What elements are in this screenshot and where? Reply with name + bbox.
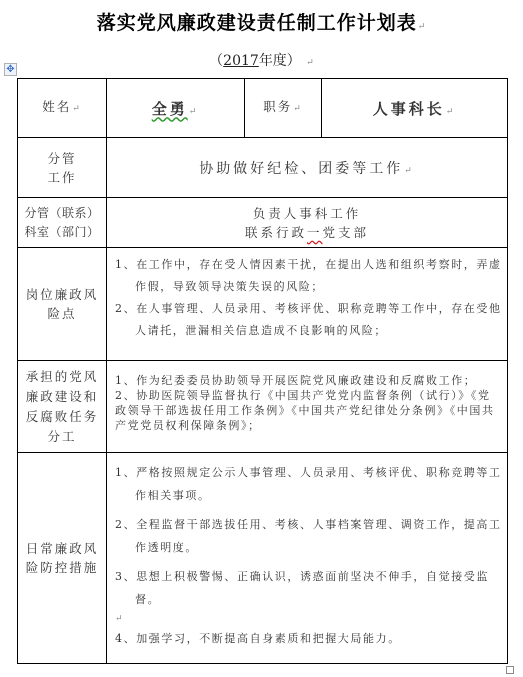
dept-value-line2: 联系行政一党支部 [107, 223, 507, 242]
dept-label-line1: 分管（联系） [18, 204, 106, 223]
tasks-items-cell[interactable]: 1、作为纪委委员协助领导开展医院党风廉政建设和反腐败工作； 2、协助医院领导监督… [107, 361, 508, 453]
dept-value-cell[interactable]: 负责人事科工作联系行政一党支部 [107, 198, 508, 248]
paragraph-mark-icon: ↵ [115, 611, 503, 627]
paragraph-mark-icon: ↵ [446, 107, 457, 117]
name-label: 姓名 [42, 99, 71, 114]
work-value-cell[interactable]: 协助做好纪检、团委等工作↵ [107, 138, 508, 198]
dept-value-part: 联系行政 [245, 225, 307, 240]
document-title: 落实党风廉政建设责任制工作计划表↵ [0, 8, 523, 35]
paragraph-mark-icon: ↵ [293, 104, 303, 114]
paragraph-mark-icon: ↵ [189, 107, 200, 117]
document-subtitle: （2017年度） ↵ [0, 50, 523, 70]
measure-item: 1、严格按照规定公示人事管理、人员录用、考核评优、职称竞聘等工作相关事项。 [115, 461, 503, 507]
responsibility-table: 姓名↵ 全勇↵ 职务↵ 人事科长↵ 分管工作 协助做好纪检、团委等工作↵ 分管（… [17, 78, 508, 664]
work-label-line1: 分管 [18, 149, 106, 168]
dept-value-part: 党支部 [323, 225, 370, 240]
position-value: 人事科长 [373, 100, 445, 118]
measure-item: 4、加强学习，不断提高自身素质和把握大局能力。 [115, 627, 503, 650]
work-value: 协助做好纪检、团委等工作 [199, 161, 403, 177]
name-label-cell[interactable]: 姓名↵ [18, 79, 107, 138]
table-row-risk: 岗位廉政风险点 1、在工作中，存在受人情因素干扰，在提出人选和组织考察时，弄虚作… [18, 248, 508, 361]
paragraph-mark-icon: ↵ [72, 104, 82, 114]
paragraph-mark-icon: ↵ [418, 22, 427, 32]
subtitle-suffix: 年度） [259, 53, 301, 69]
subtitle-prefix: （ [209, 53, 223, 69]
table-row-dept: 分管（联系）科室（部门） 负责人事科工作联系行政一党支部 [18, 198, 508, 248]
tasks-label-cell[interactable]: 承担的党风廉政建设和反腐败任务分工 [18, 361, 107, 453]
dept-value-part: 一 [307, 225, 323, 240]
measures-label-cell[interactable]: 日常廉政风险防控措施 [18, 453, 107, 664]
tasks-label: 承担的党风廉政建设和反腐败任务分工 [26, 369, 99, 444]
position-label: 职务 [263, 99, 292, 114]
table-row-name: 姓名↵ 全勇↵ 职务↵ 人事科长↵ [18, 79, 508, 138]
risk-label: 岗位廉政风险点 [26, 287, 99, 321]
subtitle-year: 2017 [223, 53, 259, 69]
position-label-cell[interactable]: 职务↵ [245, 79, 322, 138]
risk-item: 1、在工作中，存在受人情因素干扰，在提出人选和组织考察时，弄虚作假，导致领导决策… [115, 254, 503, 298]
risk-items-cell[interactable]: 1、在工作中，存在受人情因素干扰，在提出人选和组织考察时，弄虚作假，导致领导决策… [107, 248, 508, 361]
dept-label-cell[interactable]: 分管（联系）科室（部门） [18, 198, 107, 248]
work-label-cell[interactable]: 分管工作 [18, 138, 107, 198]
measure-item: 2、全程监督干部选拔任用、考核、人事档案管理、调资工作，提高工作透明度。 [115, 513, 503, 559]
risk-item: 2、在人事管理、人员录用、考核评优、职称竞聘等工作中，存在受他人请托，泄漏相关信… [115, 298, 503, 342]
task-item: 2、协助医院领导监督执行《中国共产党党内监督条例（试行）》《党政领导干部选拔任用… [115, 388, 503, 433]
dept-label-line2: 科室（部门） [18, 223, 106, 242]
table-move-handle-icon[interactable]: ✥ [4, 63, 17, 76]
task-item: 1、作为纪委委员协助领导开展医院党风廉政建设和反腐败工作； [115, 373, 503, 388]
table-row-work: 分管工作 协助做好纪检、团委等工作↵ [18, 138, 508, 198]
dept-value-line1: 负责人事科工作 [107, 204, 507, 223]
paragraph-mark-icon: ↵ [306, 58, 314, 68]
table-row-measures: 日常廉政风险防控措施 1、严格按照规定公示人事管理、人员录用、考核评优、职称竞聘… [18, 453, 508, 664]
name-value-cell[interactable]: 全勇↵ [107, 79, 245, 138]
paragraph-mark-icon: ↵ [404, 166, 415, 176]
measure-item: 3、思想上积极警惕、正确认识，诱惑面前坚决不伸手，自觉接受监督。 [115, 565, 503, 611]
measures-label: 日常廉政风险防控措施 [26, 541, 99, 575]
work-label-line2: 工作 [18, 168, 106, 187]
title-text: 落实党风廉政建设责任制工作计划表 [97, 12, 417, 34]
table-row-tasks: 承担的党风廉政建设和反腐败任务分工 1、作为纪委委员协助领导开展医院党风廉政建设… [18, 361, 508, 453]
position-value-cell[interactable]: 人事科长↵ [322, 79, 508, 138]
table-resize-handle[interactable] [506, 666, 514, 674]
name-value: 全勇 [152, 100, 188, 118]
measures-items-cell[interactable]: 1、严格按照规定公示人事管理、人员录用、考核评优、职称竞聘等工作相关事项。 2、… [107, 453, 508, 664]
risk-label-cell[interactable]: 岗位廉政风险点 [18, 248, 107, 361]
